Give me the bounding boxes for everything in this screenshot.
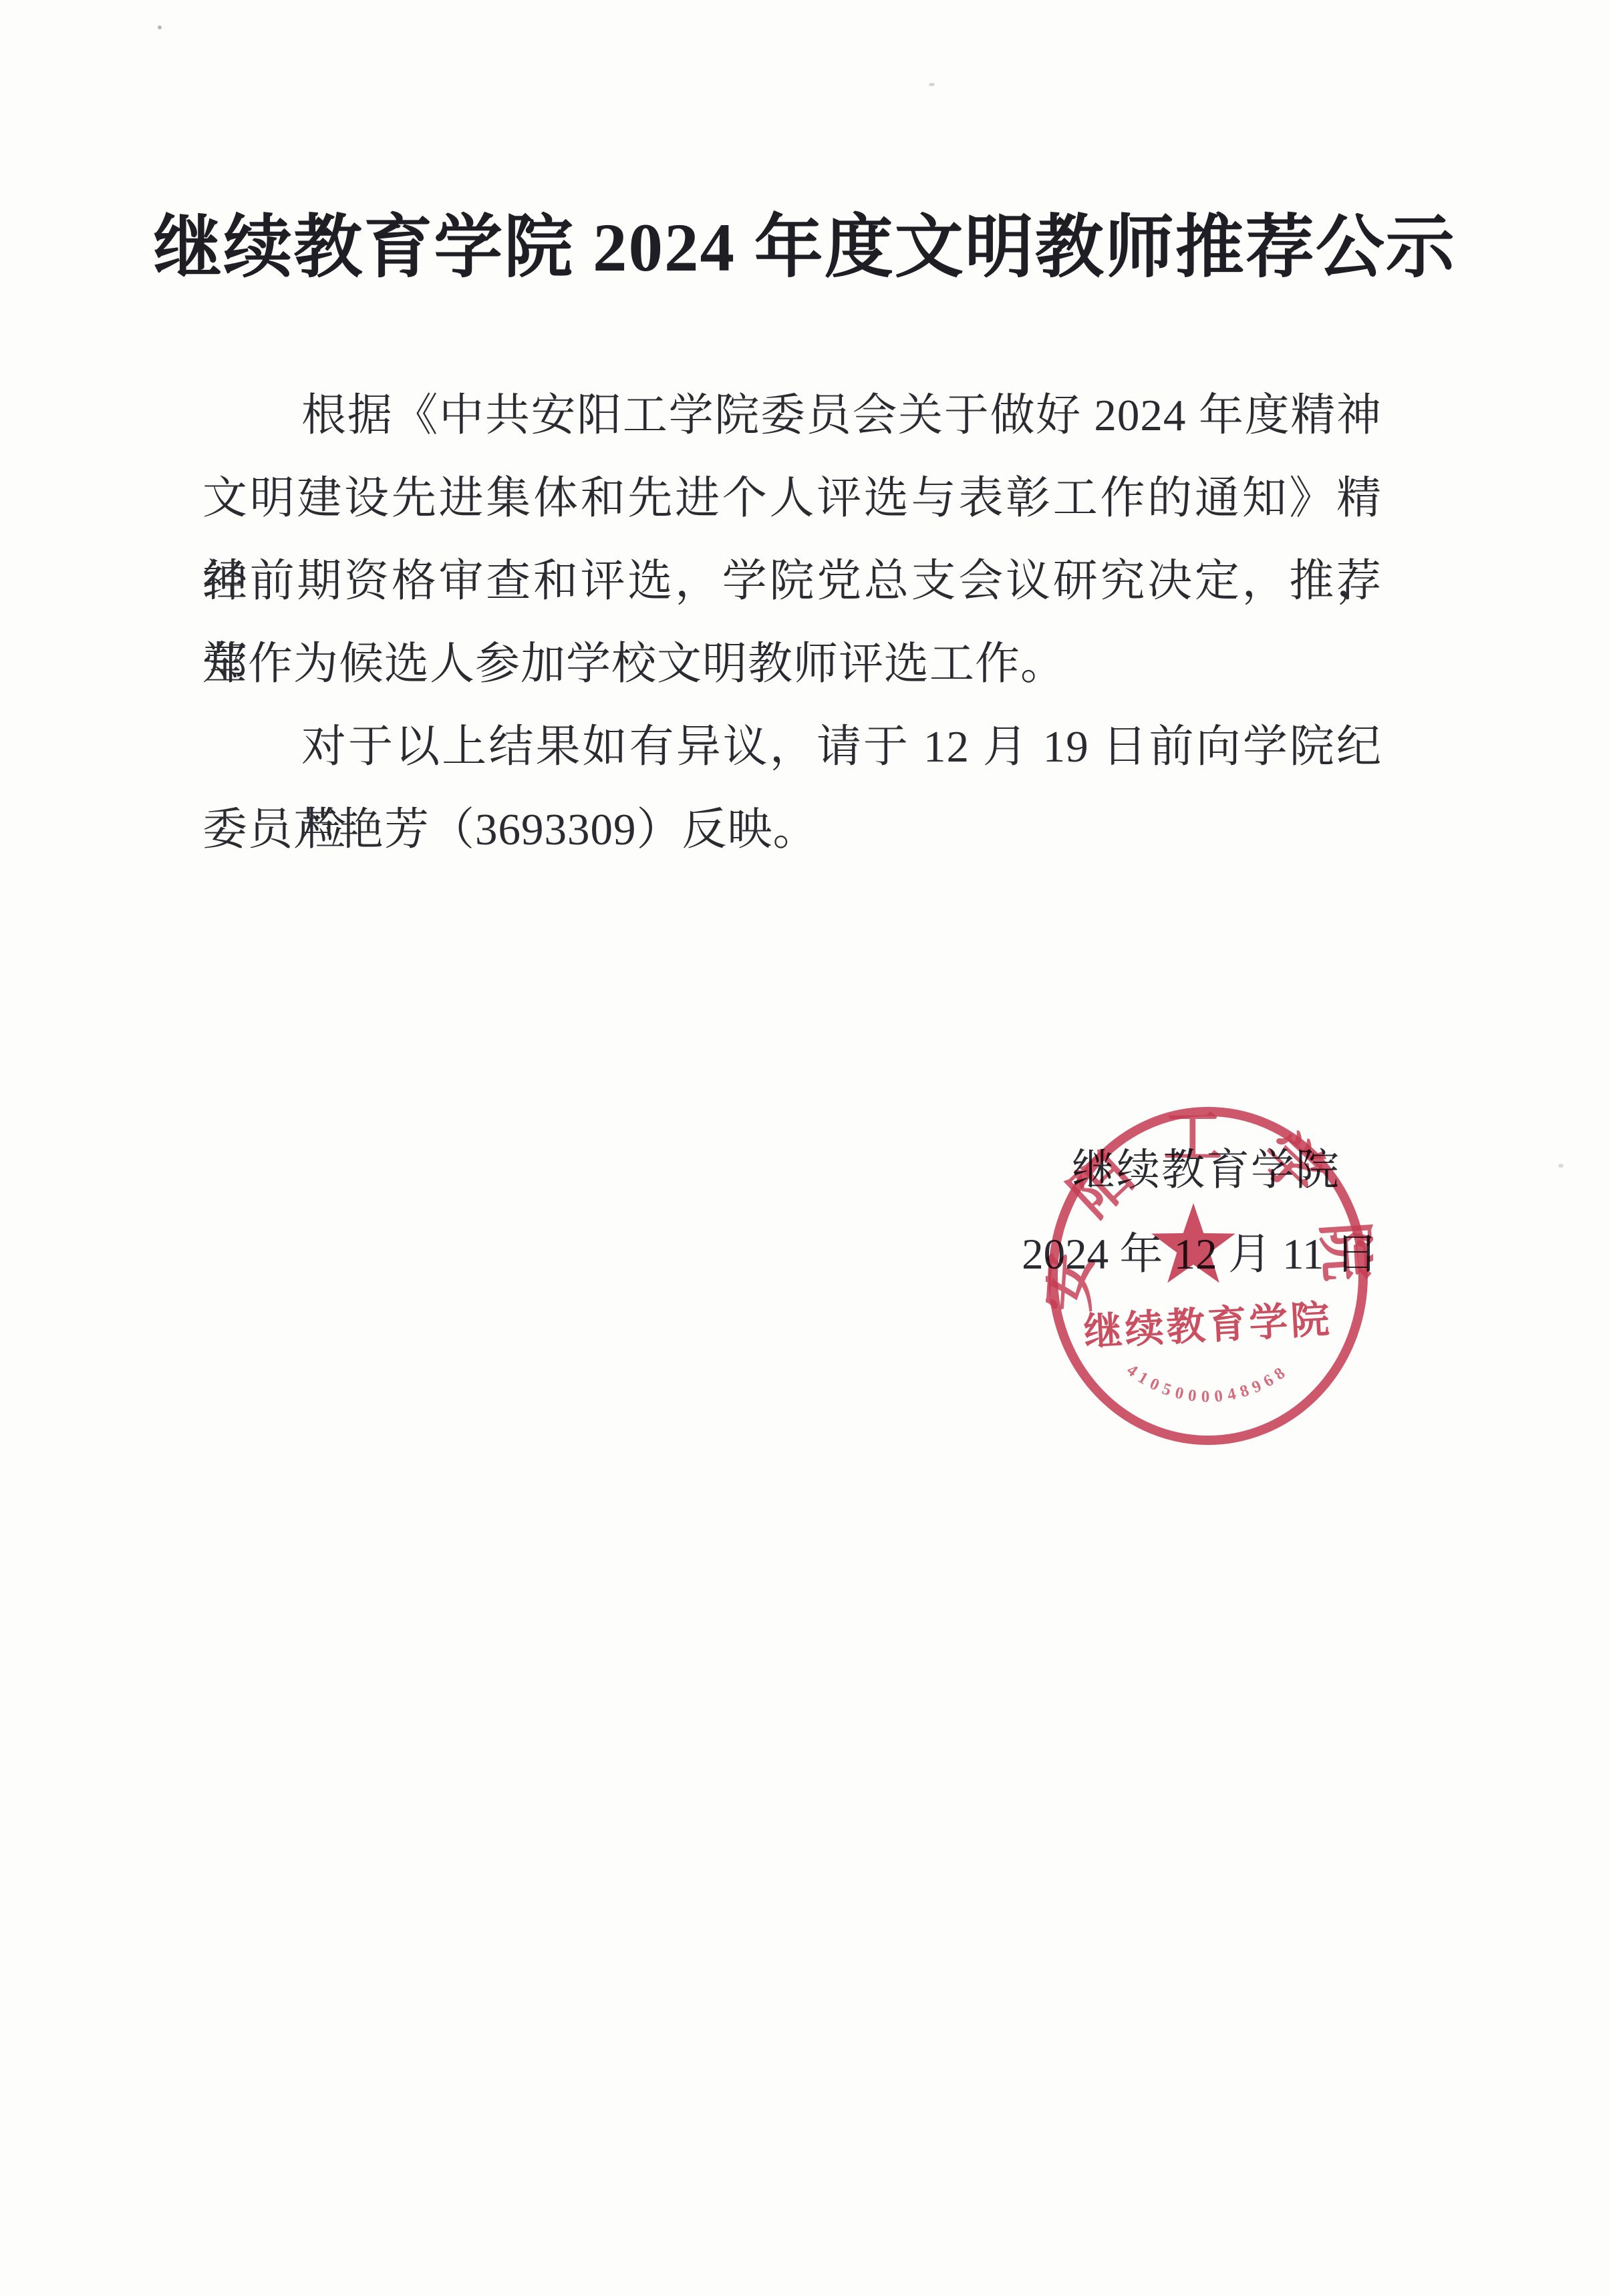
body-line: 对于以上结果如有异议，请于 12 月 19 日前向学院纪检 [202,705,1382,788]
body-line: 文明建设先进集体和先进个人评选与表彰工作的通知》精神， [202,457,1382,540]
official-stamp: 安阳工学院 继续教育学院 4105000048968 [1046,1104,1373,1451]
stamp-serial-text: 4105000048968 [1123,1361,1292,1406]
body-line: 莹作为候选人参加学校文明教师评选工作。 [202,623,1382,705]
stamp-serial-number: 4105000048968 [1123,1361,1292,1406]
stamp-arc-text: 安阳工学院 [1046,1106,1373,1314]
page-title: 继续教育学院 2024 年度文明教师推荐公示 [0,198,1609,298]
stamp-banner-text: 继续教育学院 [1082,1297,1333,1353]
scan-speck [1558,1164,1564,1168]
body-line: 根据《中共安阳工学院委员会关于做好 2024 年度精神 [202,374,1382,457]
stamp-arc-label: 安阳工学院 [1046,1106,1373,1314]
scan-speck [158,25,162,29]
body-line: 经前期资格审查和评选，学院党总支会议研究决定，推荐郑 [202,540,1382,623]
notice-body: 根据《中共安阳工学院委员会关于做好 2024 年度精神 文明建设先进集体和先进个… [202,374,1382,871]
stamp-star-icon [1151,1203,1235,1283]
scan-speck [929,83,935,86]
notice-page: 继续教育学院 2024 年度文明教师推荐公示 根据《中共安阳工学院委员会关于做好… [0,0,1609,2296]
body-line: 委员芦艳芳（3693309）反映。 [202,788,1382,871]
